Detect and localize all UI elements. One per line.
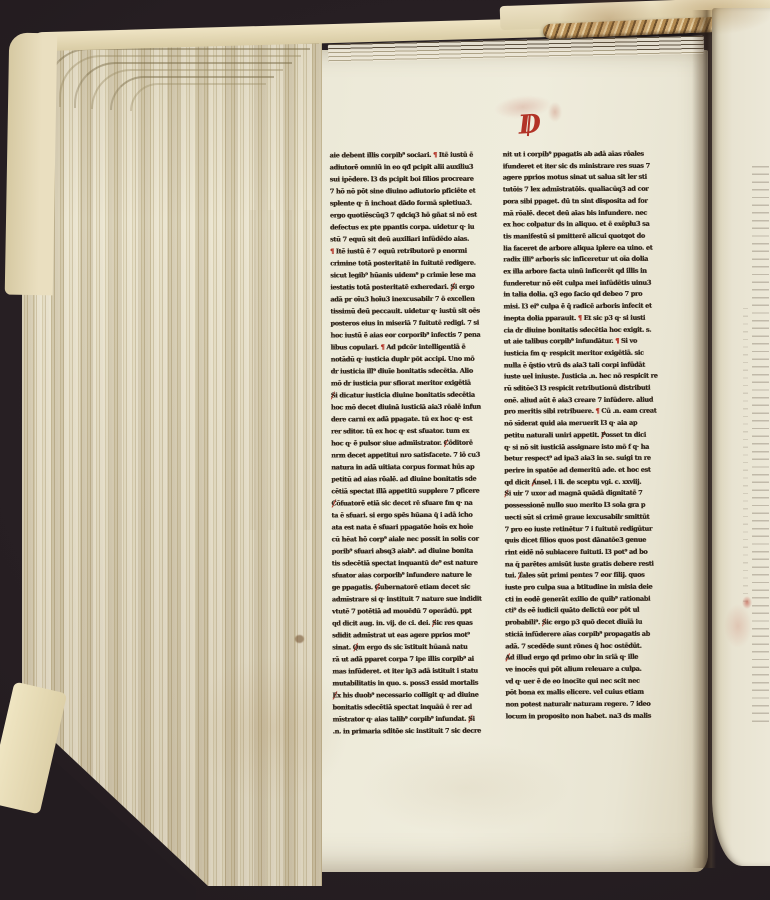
text-line: iestatis totā posteritatē exheredari. Si… <box>330 281 493 294</box>
text-line: crimine totā posteritatē in fuitutē redi… <box>330 257 493 270</box>
text-line: hoc iustū ē aias eor corporib⁹ infectis … <box>330 329 493 342</box>
rubricated-capital: Q <box>353 643 358 651</box>
text-line: ergo quotiēscūq3 7 qdciq3 hō gñat si nō … <box>330 209 493 222</box>
text-line: sui ipēdere. l3 ds pcipit boi filios pro… <box>330 173 493 186</box>
rubricated-capital: C <box>443 439 448 447</box>
text-line: funderetur nō eēt culpa mei infūdētis ui… <box>503 277 670 290</box>
rubricated-capital: C <box>331 499 336 507</box>
text-line: nrm decet appetitui nro satisfacete. 7 i… <box>331 449 494 462</box>
text-column-right: nit ut i corpib⁹ ppagatis ab adā aīas rō… <box>502 149 672 727</box>
text-line: q· si nō sit iusticiā assignare isto mō … <box>504 441 671 454</box>
text-line: hoc q· ē pulsor siue admīistrator. Cōdit… <box>331 437 494 450</box>
text-line: sfuator aias corporib⁹ infundere nature … <box>332 569 495 582</box>
text-line: iusticia fm q· respicit meritor exigētiā… <box>504 348 671 361</box>
text-line: tissimū deū peccauit. uidetur q· iustū s… <box>330 305 493 318</box>
text-line: mas infūderet. et iter ip3 adā istituit … <box>332 665 495 678</box>
text-line: Ex his duob⁹ necessario colligit q· ad d… <box>332 689 495 702</box>
text-line: dere carni ex adā ppagate. tū ex hoc q· … <box>331 413 494 426</box>
text-line: ata est nata ē sfuari ppagatōe hoīs ex h… <box>331 521 494 534</box>
text-line: Ad illud ergo qd primo obr in sriā q· il… <box>505 652 672 665</box>
rubricated-capital: E <box>332 691 337 699</box>
text-line: sticiā infūderere aīas corpib⁹ propagati… <box>505 628 672 641</box>
text-line: rā ut adā pparet corpa 7 ipe illis corpi… <box>332 653 495 666</box>
text-line: uecti sūt si crimē graue iexcusabilr smi… <box>504 511 671 524</box>
text-line: iuste uel iniuste. Iusticia .n. hec nō r… <box>504 371 671 384</box>
text-line: pro meritis sibi retribuere. ¶ Cū .n. ea… <box>504 406 671 419</box>
text-line: qd dicit Ansel. i li. de sceptu vgi. c. … <box>504 476 671 489</box>
rubricated-capital: P <box>601 431 605 439</box>
text-line: ut aie talibus corpib⁹ infundātur. ¶ Si … <box>503 336 670 349</box>
text-line: Cōfuatorē etiā sic decet rē sfuare fm q·… <box>331 497 494 510</box>
facing-page <box>712 8 770 866</box>
text-line: sdidit admīstrat ut eas agere pprios mot… <box>332 629 495 642</box>
text-line: 7 hō nō pōt sine diuino adiutorio pficiē… <box>330 185 493 198</box>
text-line: Si dicatur iusticia diuine bonitatis sde… <box>331 389 494 402</box>
rubric-pilcrow: ¶ <box>433 151 437 159</box>
text-line: betur respect⁹ ad ipa3 aia3 in se. suigi… <box>504 453 671 466</box>
text-line: na q̄ parētes amisūt iuste gratis debere… <box>505 558 672 571</box>
text-line: possessionē nullo suo merito l3 sola gra… <box>504 500 671 513</box>
text-line: misi. l3 ei⁹ culpa ē q̄ radicē arboris i… <box>503 301 670 314</box>
text-line: adā pr oīu3 hoīu3 inexcusabilr 7 ō excel… <box>330 293 493 306</box>
text-line: posteros eius in miseriā 7 fuitutē redig… <box>330 317 493 330</box>
rubricated-capital: A <box>505 654 510 662</box>
text-line: tis sdecētiā spectat inquantū de⁹ est na… <box>332 557 495 570</box>
text-line: porib⁹ sfuari absq3 aiab⁹. ad diuine bon… <box>332 545 495 558</box>
text-line: cti⁹ ds eē iudicii quāto delictū eor pōt… <box>505 605 672 618</box>
text-line: admīstrare si q· instituit 7 nature sue … <box>332 593 495 606</box>
text-line: natura in adā uitiata corpus format hūs … <box>331 461 494 474</box>
rubricated-capital: S <box>542 618 546 626</box>
text-line: bonitatis sdecētiā spectat inquāū ē rer … <box>332 701 495 714</box>
text-line: 7 pro eo iuste retinētur 7 i fuitutē red… <box>504 523 671 536</box>
text-line: mā rōalē. decet deū aīas bis infundere. … <box>503 207 670 220</box>
rubric-pilcrow: ¶ <box>380 343 384 351</box>
text-line: .n. in primaria sditōe sic instituit 7 s… <box>332 725 495 738</box>
text-line: rū sditōe3 l3 respicit retributionū dist… <box>504 383 671 396</box>
text-line: rint eidē nō subiacere fuituti. l3 pot⁹ … <box>505 546 672 559</box>
text-line: agere pprios motus sinat ut salua sit le… <box>503 172 670 185</box>
text-line: mīstrator q· aias talib⁹ corpib⁹ infunda… <box>332 713 495 726</box>
text-line: perire in spatōe ad demeritū ade. et hoc… <box>504 465 671 478</box>
text-line: dr iusticia ill⁹ diuīe bonitatis sdecēti… <box>331 365 494 378</box>
book-photo: D aie debent illis corpib⁹ sociari. ¶ It… <box>0 0 770 900</box>
rubricated-capital: S <box>504 490 508 498</box>
folio-ornament: D <box>511 109 549 145</box>
text-line: cētiā spectat illā appetitū supplere 7 p… <box>331 485 494 498</box>
rubric-pilcrow: ¶ <box>595 407 599 415</box>
text-line: tutōis 7 lex admīstratōis. qualiacūq3 ad… <box>503 184 670 197</box>
text-line: ge ppagatis. Gubernatorē etiam decet sic <box>332 581 495 594</box>
text-line: splente q· ñ inchoat dādo formā spletiua… <box>330 197 493 210</box>
rubricated-capital: S <box>331 391 335 399</box>
rubric-pilcrow: ¶ <box>615 337 619 345</box>
text-line: nō sīderat quid aia meruerit l3 q· aia a… <box>504 418 671 431</box>
text-line: sicut legib⁹ hūanis uidem⁹ p crimīe lese… <box>330 269 493 282</box>
text-line: cia dr diuine bonitatis sdecētia hoc exi… <box>503 324 670 337</box>
text-line: iuste pro culpa sua a btitudine in misia… <box>505 582 672 595</box>
text-line: quis dicet filios quos post dānatōe3 gen… <box>505 535 672 548</box>
text-line: lia faceret de arbore aliqua iplere ea u… <box>503 242 670 255</box>
text-line: libus copulari. ¶ Ad pdcōr intelligentiā… <box>330 341 493 354</box>
text-line: probabili⁹. Sic ergo p3 quō decet diuīā … <box>505 617 672 630</box>
text-line: ve inocēs qui pōt alium releuare a culpa… <box>505 663 672 676</box>
text-line: rer sditor. tū ex hoc q· est sfuator. tu… <box>331 425 494 438</box>
page-edge-stack <box>22 33 322 886</box>
facing-page-text-showthrough <box>752 166 769 728</box>
text-line: vd q· uer ē de eo inocīte qui nec scit n… <box>505 675 672 688</box>
text-line: adā. 7 scedēde sunt rōnes q̄ hoc ostēdūt… <box>505 640 672 653</box>
text-line: cti in eodē generāt exilio de quib⁹ rati… <box>505 593 672 606</box>
rubricated-capital: S <box>468 715 472 723</box>
text-line: notādū q· iusticia duplr pōt accipi. Uno… <box>331 353 494 366</box>
text-line: mō dr iusticia pur sfiorat meritor exigē… <box>331 377 494 390</box>
text-line: sinat. Qm ergo ds sic īstituit hūanā nat… <box>332 641 495 654</box>
text-line: ex illa arbore facta uinū inficerēt qd i… <box>503 266 670 279</box>
text-line: nulla ē q̄stio vtrū ds aia3 tali corpi i… <box>504 359 671 372</box>
rubric-pilcrow: ¶ <box>330 247 334 255</box>
text-line: locum in proposito non habet. na3 ds mal… <box>505 710 672 723</box>
text-line: in talia dolia. q3 ego facio qd debeo 7 … <box>503 289 670 302</box>
text-line: ex hoc colpatur ds in aliquo. et ē exēpl… <box>503 219 670 232</box>
text-line: Si uir 7 uxor ad magnā quādā dignitatē 7 <box>504 488 671 501</box>
text-line: vtutē 7 potētiā ad mouēdū 7 operādū. ppt <box>332 605 495 618</box>
text-line: petitu naturali uniri appetit. Posset tn… <box>504 429 671 442</box>
text-line: ifunderet et iter sic ds ministrare res … <box>503 160 670 173</box>
text-line: radix illi⁹ arboris sic inficeretur ut o… <box>503 254 670 267</box>
text-line: hoc mō decet diuinā iusticiā aia3 rōalē … <box>331 401 494 414</box>
rubricated-capital: S <box>432 619 436 627</box>
rubricated-capital: A <box>532 478 537 486</box>
text-line: tui. Tales sūt primi pentes 7 eor filij.… <box>505 570 672 583</box>
text-line: stū 7 equū sit deū auxiliari infūdēdo ai… <box>330 233 493 246</box>
facing-page-text-showthrough <box>743 308 748 608</box>
text-line: defectus ex pte ppantis corpa. uidetur q… <box>330 221 493 234</box>
rubricated-capital: T <box>518 572 522 580</box>
text-line: qd dicit aug. in. vij. de ci. dei. Sic r… <box>332 617 495 630</box>
rubricated-capital: G <box>374 583 379 591</box>
text-line: onē. aliud aūt ē aia3 creare 7 infūdere.… <box>504 394 671 407</box>
text-line: nit ut i corpib⁹ ppagatis ab adā aīas rō… <box>502 149 669 162</box>
rubricated-capital: I <box>562 372 565 380</box>
text-line: ¶ Itē iustū ē 7 equū retributorē p enorm… <box>330 245 493 258</box>
text-line: non potest naturalr naturam regere. 7 id… <box>505 699 672 712</box>
text-line: pōt bona ex malis elicere. vel cuius eti… <box>505 687 672 700</box>
text-line: inepta dolia pparauit. ¶ Et sic p3 q· si… <box>503 312 670 325</box>
text-line: cū hēat hō corp⁹ aiale nec possit in sol… <box>331 533 494 546</box>
text-line: ta ē sfuari. si ergo spēs hūana q̄ i adā… <box>331 509 494 522</box>
rubricated-capital: S <box>450 283 454 291</box>
text-column-left: aie debent illis corpib⁹ sociari. ¶ Itē … <box>329 149 495 740</box>
text-line: adiutorē omniū in eo qđ pcipit alii auxi… <box>330 161 493 174</box>
text-line: mutabilitatis in quo. s. poss3 essid mor… <box>332 677 495 690</box>
text-line: pora sibi ppaget. dū tn sint disposita a… <box>503 195 670 208</box>
parchment-cover-left <box>5 33 58 296</box>
text-line: aie debent illis corpib⁹ sociari. ¶ Itē … <box>329 149 492 162</box>
text-line: tis manifestū si pmitterē alicui quotqot… <box>503 230 670 243</box>
text-line: petitū ad aias rōalē. ad diuine bonitati… <box>331 473 494 486</box>
rubric-pilcrow: ¶ <box>578 314 582 322</box>
